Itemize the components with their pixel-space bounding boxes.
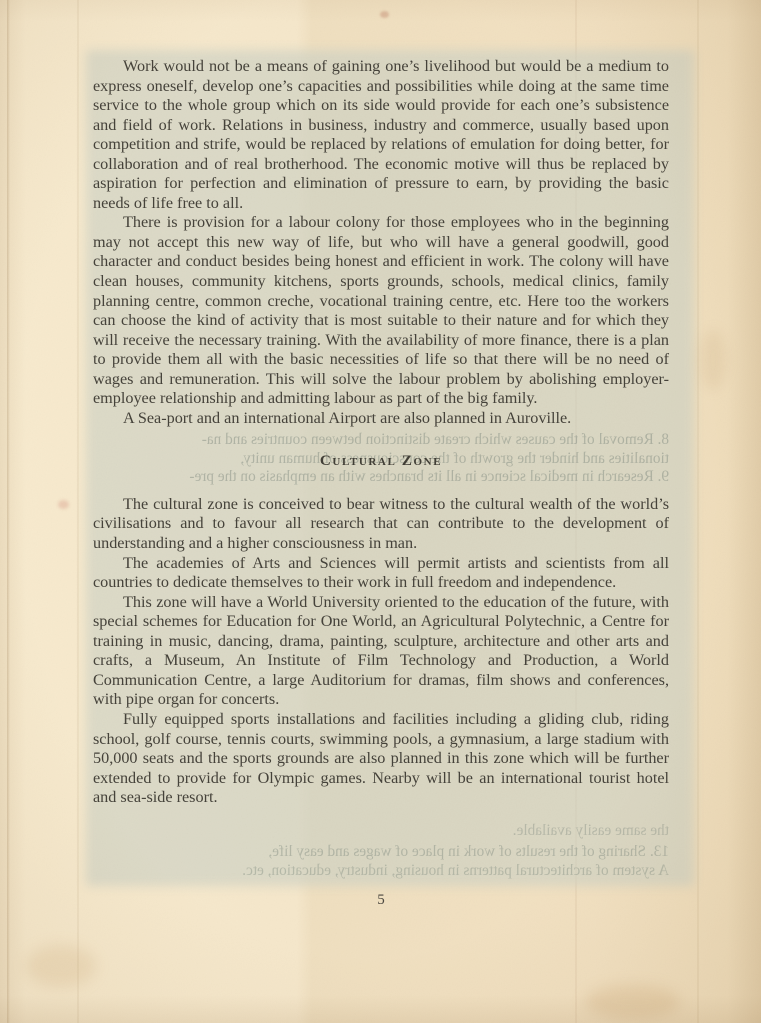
page-fold-line	[7, 0, 10, 1023]
paragraph: A Sea-port and an international Airport …	[93, 409, 669, 429]
page-number: 5	[93, 892, 669, 909]
paragraph: Fully equipped sports installations and …	[93, 710, 669, 808]
paragraph: Work would not be a means of gaining one…	[93, 57, 669, 213]
paragraph: This zone will have a World University o…	[93, 593, 669, 710]
page-fold-line	[77, 0, 79, 1023]
paragraph: There is provision for a labour colony f…	[93, 213, 669, 408]
paper-stain	[380, 11, 389, 18]
text-column: Work would not be a means of gaining one…	[93, 57, 669, 808]
paper-stain	[26, 945, 96, 987]
paper-stain	[58, 500, 69, 509]
paragraph: The cultural zone is conceived to bear w…	[93, 495, 669, 554]
section-heading: Cultural Zone	[93, 451, 669, 471]
paragraph: The academies of Arts and Sciences will …	[93, 554, 669, 593]
paper-stain	[585, 985, 680, 1019]
page-fold-line	[697, 0, 699, 1023]
book-page: 8. Removal of the causes which create di…	[0, 0, 761, 1023]
paper-stain	[700, 330, 726, 390]
